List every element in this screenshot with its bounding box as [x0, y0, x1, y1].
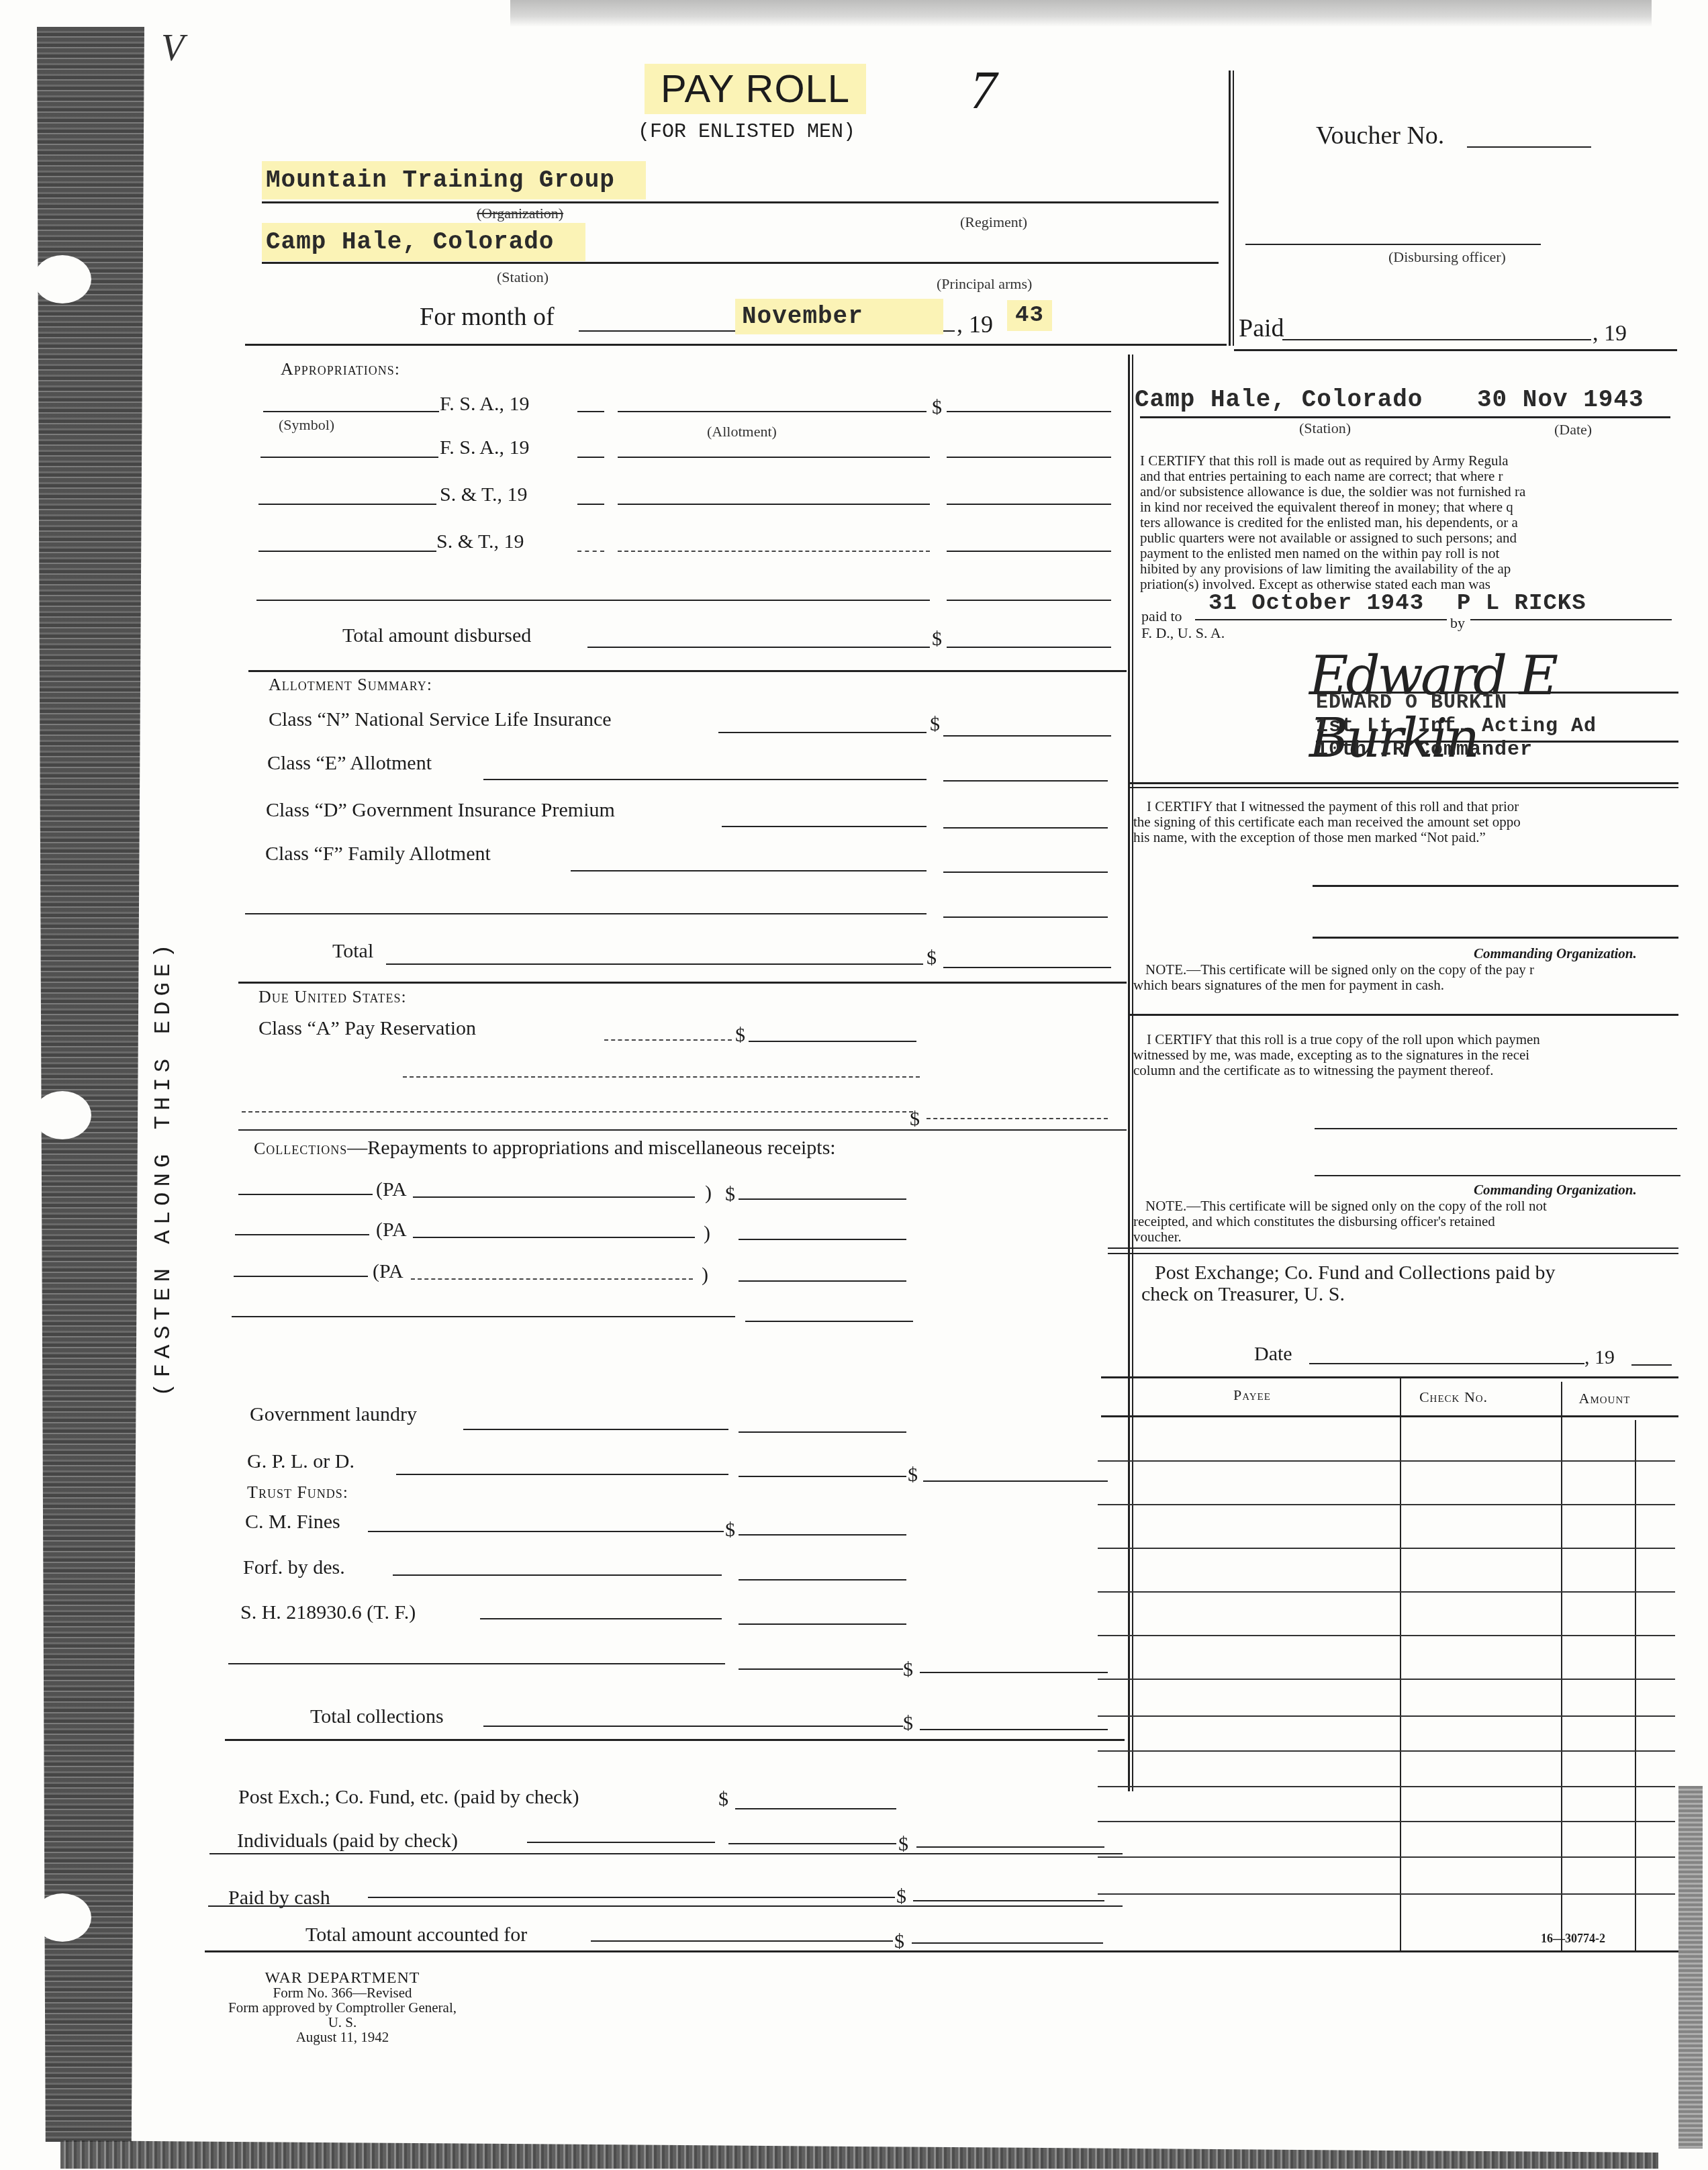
- note-line: NOTE.—This certificate will be signed on…: [1133, 962, 1677, 978]
- check-table-row[interactable]: [1098, 1679, 1675, 1680]
- paid-by-line: [1470, 619, 1672, 620]
- witness-line: I CERTIFY that I witnessed the payment o…: [1133, 799, 1677, 814]
- appropriation-label: S. & T., 19: [440, 483, 528, 506]
- collection-item-label: Forf. by des.: [243, 1556, 345, 1579]
- collection-amount-field[interactable]: [739, 1198, 906, 1200]
- payee-column-header: Payee: [1141, 1386, 1363, 1404]
- fasten-edge-label: (FASTEN ALONG THIS EDGE): [151, 939, 177, 1397]
- allotment-leader: [483, 779, 927, 780]
- cert-date-caption: (Date): [1554, 421, 1592, 438]
- appropriation-amount-field[interactable]: [947, 411, 1111, 412]
- collections-heading-label: Collections: [254, 1139, 347, 1158]
- due-us-extra-line[interactable]: [403, 1076, 920, 1078]
- check-table-row[interactable]: [1098, 1635, 1675, 1636]
- collection-extra-amount[interactable]: [739, 1668, 903, 1670]
- cert-date-field[interactable]: 30 Nov 1943: [1477, 386, 1644, 414]
- cm-fines-amount-field[interactable]: [739, 1534, 906, 1536]
- collection-symbol-field[interactable]: [238, 1194, 373, 1195]
- disbursing-officer-caption: (Disbursing officer): [1388, 248, 1506, 266]
- form-title: PAY ROLL: [645, 64, 866, 114]
- cert-section-divider-inner: [1128, 787, 1678, 788]
- month-field[interactable]: November: [735, 299, 943, 334]
- check-table-row[interactable]: [1098, 1821, 1675, 1822]
- print-code: 16—30774-2: [1541, 1932, 1605, 1946]
- total-accounted-label: Total amount accounted for: [305, 1924, 527, 1946]
- punch-hole: [34, 255, 91, 303]
- check-table-column-divider: [1561, 1382, 1562, 1950]
- principal-arms-caption: (Principal arms): [937, 275, 1032, 293]
- month-label: For month of: [420, 302, 555, 332]
- witness-line: his name, with the exception of those me…: [1133, 830, 1677, 845]
- header-divider: [245, 344, 1227, 346]
- check-table-row[interactable]: [1098, 1591, 1675, 1593]
- collection-leader: [396, 1474, 728, 1475]
- voucher-number-field[interactable]: [1467, 146, 1591, 148]
- check-date-field[interactable]: [1309, 1363, 1584, 1364]
- check-year-field[interactable]: [1631, 1364, 1672, 1366]
- individuals-label: Individuals (paid by check): [237, 1830, 458, 1852]
- dollar-sign: $: [927, 947, 937, 970]
- dollar-sign: $: [725, 1519, 735, 1542]
- signer-rank: 1st Lt. Inf. Acting Ad: [1316, 715, 1597, 738]
- post-exch-label: Post Exch.; Co. Fund, etc. (paid by chec…: [238, 1786, 579, 1809]
- dollar-sign: $: [894, 1930, 904, 1953]
- section-divider: [238, 1129, 1127, 1131]
- appropriation-symbol-field[interactable]: [258, 551, 436, 552]
- cert-line: ters allowance is credited for the enlis…: [1140, 515, 1677, 530]
- appropriation-amount-field[interactable]: [947, 457, 1111, 458]
- dollar-sign: $: [910, 1108, 920, 1131]
- dollar-sign: $: [903, 1712, 913, 1735]
- total-collections-label: Total collections: [310, 1705, 444, 1728]
- appropriation-year-field[interactable]: [577, 411, 604, 412]
- collection-leader: [368, 1531, 724, 1532]
- by-label: by: [1450, 614, 1465, 632]
- true-copy-signature-line-2[interactable]: [1315, 1175, 1680, 1176]
- voucher-divider-inner: [1233, 70, 1234, 346]
- dollar-sign: $: [930, 713, 940, 736]
- paid-to-field[interactable]: 31 October 1943: [1208, 591, 1424, 616]
- appropriation-symbol-field[interactable]: [258, 504, 436, 505]
- witness-signature-line-1[interactable]: [1313, 885, 1678, 887]
- collection-leader: [480, 1618, 722, 1619]
- pa-close: ): [704, 1222, 710, 1245]
- allotment-total-leader: [386, 963, 923, 965]
- check-table-row[interactable]: [1098, 1786, 1675, 1787]
- total-collections-field[interactable]: [920, 1729, 1108, 1730]
- section-divider: [238, 982, 1127, 984]
- dollar-sign: $: [735, 1024, 745, 1047]
- allotment-summary-heading: Allotment Summary:: [269, 675, 432, 695]
- allotment-row-label: Class “F” Family Allotment: [265, 843, 491, 865]
- dollar-sign: $: [725, 1183, 735, 1206]
- due-us-total-field[interactable]: [927, 1118, 1108, 1119]
- collection-extra-line[interactable]: [228, 1663, 725, 1664]
- cert-line: payment to the enlisted men named on the…: [1140, 546, 1677, 561]
- post-exch-amount-field[interactable]: [735, 1808, 896, 1809]
- organization-line: [262, 201, 1219, 203]
- pa-label: (PA: [376, 1219, 407, 1241]
- dollar-sign: $: [898, 1833, 908, 1856]
- collection-item-label: Government laundry: [250, 1403, 417, 1426]
- collection-amount-field[interactable]: [739, 1239, 906, 1240]
- post-exchange-heading-line: check on Treasurer, U. S.: [1141, 1284, 1556, 1305]
- approval-date: August 11, 1942: [222, 2030, 463, 2044]
- voucher-bottom-line: [1234, 349, 1677, 351]
- laundry-amount-field[interactable]: [739, 1431, 906, 1433]
- allotment-subtotal-field[interactable]: [943, 916, 1108, 918]
- organization-caption: (Organization): [477, 205, 563, 222]
- cert-line: and that entries pertaining to each name…: [1140, 469, 1677, 484]
- appropriation-label: F. S. A., 19: [440, 393, 529, 416]
- paid-by-field[interactable]: P L RICKS: [1457, 591, 1586, 616]
- pa-label: (PA: [376, 1178, 407, 1201]
- appropriation-amount-field[interactable]: [947, 504, 1111, 505]
- allotment-caption: (Allotment): [707, 423, 777, 440]
- dollar-sign: $: [932, 628, 942, 651]
- check-table-row[interactable]: [1098, 1504, 1675, 1505]
- witness-signature-line-2[interactable]: [1313, 937, 1678, 939]
- margin-mark: V: [161, 27, 184, 70]
- witness-certificate-text: I CERTIFY that I witnessed the payment o…: [1133, 799, 1677, 845]
- collection-item-label: S. H. 218930.6 (T. F.): [240, 1601, 416, 1624]
- appropriations-heading: Appropriations:: [281, 359, 400, 379]
- appropriation-symbol-field[interactable]: [263, 411, 439, 412]
- cert-station-caption: (Station): [1299, 420, 1351, 437]
- cert-line: in kind nor received the equivalent ther…: [1140, 500, 1677, 515]
- amount-column-header: Amount: [1564, 1390, 1645, 1407]
- section-divider: [248, 670, 1127, 672]
- check-table-row[interactable]: [1098, 1715, 1675, 1717]
- section-divider: [208, 1905, 1123, 1907]
- appropriation-year-field[interactable]: [577, 504, 604, 505]
- check-table-top: [1101, 1376, 1678, 1378]
- symbol-caption: (Symbol): [279, 416, 334, 434]
- true-copy-line: column and the certificate as to witness…: [1133, 1063, 1677, 1078]
- amount-cents-divider: [1635, 1420, 1636, 1950]
- note-line: which bears signatures of the men for pa…: [1133, 978, 1677, 993]
- form-subtitle: (FOR ENLISTED MEN): [638, 121, 855, 144]
- true-copy-signature-line-1[interactable]: [1315, 1128, 1677, 1129]
- collection-subtotal-field[interactable]: [920, 1672, 1108, 1673]
- station-field[interactable]: Camp Hale, Colorado: [262, 223, 585, 261]
- scan-right-edge: [1678, 1786, 1703, 2149]
- handwritten-page-number: 7: [970, 60, 997, 122]
- station-caption: (Station): [497, 269, 549, 286]
- note-line: NOTE.—This certificate will be signed on…: [1133, 1198, 1677, 1214]
- true-copy-line: witnessed by me, was made, excepting as …: [1133, 1047, 1677, 1063]
- allotment-amount-field[interactable]: [943, 871, 1108, 873]
- individuals-amount-field[interactable]: [916, 1846, 1104, 1848]
- appropriation-extra-line[interactable]: [256, 600, 930, 601]
- due-us-subtotal-leader: [242, 1111, 913, 1113]
- approval-line: Form approved by Comptroller General, U.…: [222, 2000, 463, 2030]
- allotment-row-label: Class “D” Government Insurance Premium: [266, 799, 615, 822]
- pa-close: ): [705, 1182, 712, 1205]
- cert-section-divider: [1108, 1247, 1678, 1249]
- appropriation-year-field[interactable]: [577, 457, 604, 458]
- pa-close: ): [702, 1264, 708, 1286]
- year-field[interactable]: 43: [1007, 300, 1052, 331]
- cash-leader: [368, 1897, 895, 1898]
- allotment-amount-field[interactable]: [943, 827, 1108, 829]
- cert-section-divider: [1128, 782, 1678, 784]
- appropriation-allotment-field[interactable]: [618, 411, 927, 412]
- paid-date-field[interactable]: [1282, 339, 1591, 340]
- fd-label: F. D., U. S. A.: [1141, 624, 1225, 642]
- note-line: voucher.: [1133, 1229, 1677, 1245]
- cert-line: public quarters were not available or as…: [1140, 530, 1677, 546]
- appropriation-year-field[interactable]: [577, 551, 604, 552]
- paid-to-line: [1195, 619, 1447, 620]
- allotment-amount-field[interactable]: [943, 780, 1108, 782]
- dollar-sign: $: [718, 1788, 728, 1811]
- collection-item-label: C. M. Fines: [245, 1511, 340, 1534]
- check-date-year: , 19: [1584, 1346, 1615, 1369]
- post-exchange-heading-line: Post Exchange; Co. Fund and Collections …: [1141, 1262, 1556, 1284]
- collections-heading-desc: —Repayments to appropriations and miscel…: [347, 1137, 835, 1159]
- appropriation-label: F. S. A., 19: [440, 436, 529, 459]
- organization-field[interactable]: Mountain Training Group: [262, 161, 646, 199]
- gpl-amount-field[interactable]: [739, 1476, 906, 1477]
- appropriation-symbol-field[interactable]: [260, 457, 438, 458]
- cert-station-line: [1140, 416, 1670, 418]
- form-bottom-line: [205, 1950, 1678, 1952]
- appropriation-allotment-field[interactable]: [618, 457, 930, 458]
- section-divider: [225, 1739, 1125, 1741]
- witness-line: the signing of this certificate each man…: [1133, 814, 1677, 830]
- witness-commanding-caption: Commanding Organization.: [1474, 945, 1637, 962]
- collection-amount-field[interactable]: [739, 1280, 906, 1282]
- collection-extra-line[interactable]: [232, 1316, 735, 1317]
- dollar-sign: $: [896, 1885, 906, 1908]
- section-divider: [209, 1853, 1123, 1854]
- allotment-total-label: Total: [332, 940, 373, 963]
- form-footer: WAR DEPARTMENT Form No. 366—Revised Form…: [222, 1971, 463, 2044]
- center-divider: [1128, 355, 1130, 1791]
- check-table-row[interactable]: [1098, 1460, 1675, 1462]
- gpl-total-field[interactable]: [923, 1480, 1108, 1482]
- check-table-header-bottom: [1101, 1415, 1678, 1417]
- collection-symbol-field[interactable]: [234, 1276, 368, 1277]
- station-line: [262, 262, 1219, 264]
- allotment-total-field[interactable]: [943, 967, 1111, 968]
- true-copy-commanding-caption: Commanding Organization.: [1474, 1182, 1637, 1198]
- total-disbursed-field[interactable]: [947, 647, 1111, 648]
- appropriation-label: S. & T., 19: [436, 530, 524, 553]
- cash-amount-field[interactable]: [913, 1900, 1104, 1901]
- total-disbursed-leader: [587, 647, 930, 648]
- allotment-extra-line[interactable]: [245, 913, 927, 914]
- punch-hole: [34, 1091, 91, 1139]
- total-collections-leader: [483, 1726, 903, 1727]
- signer-name: EDWARD O BURKIN: [1316, 692, 1507, 714]
- cert-line: hibited by any provisions of law limitin…: [1140, 561, 1677, 577]
- collections-heading: Collections—Repayments to appropriations…: [254, 1137, 836, 1160]
- appropriation-amount-field[interactable]: [947, 551, 1111, 552]
- witness-note: NOTE.—This certificate will be signed on…: [1133, 962, 1677, 993]
- check-no-column-header: Check No.: [1403, 1388, 1504, 1406]
- cert-station-field[interactable]: Camp Hale, Colorado: [1135, 386, 1423, 414]
- true-copy-line: I CERTIFY that this roll is a true copy …: [1133, 1032, 1677, 1047]
- note-line: receipted, and which constitutes the dis…: [1133, 1214, 1677, 1229]
- true-copy-certificate-text: I CERTIFY that this roll is a true copy …: [1133, 1032, 1677, 1078]
- collection-pa-field[interactable]: [411, 1278, 693, 1280]
- true-copy-note: NOTE.—This certificate will be signed on…: [1133, 1198, 1677, 1245]
- pay-reservation-amount-field[interactable]: [749, 1041, 916, 1042]
- appropriation-subtotal-field[interactable]: [947, 600, 1111, 601]
- appropriation-allotment-field[interactable]: [618, 551, 930, 552]
- collection-leader: [463, 1429, 728, 1430]
- post-exchange-heading: Post Exchange; Co. Fund and Collections …: [1141, 1262, 1556, 1305]
- individuals-leader: [527, 1842, 715, 1843]
- regiment-caption: (Regiment): [960, 214, 1027, 231]
- allotment-row-label: Class “N” National Service Life Insuranc…: [269, 708, 612, 731]
- sh-amount-field[interactable]: [739, 1623, 906, 1625]
- trust-funds-heading: Trust Funds:: [247, 1482, 348, 1503]
- check-table-row[interactable]: [1098, 1548, 1675, 1549]
- collection-pa-field[interactable]: [413, 1237, 695, 1238]
- dollar-sign: $: [932, 396, 942, 419]
- scan-top-edge: [510, 0, 1652, 27]
- punch-hole: [34, 1893, 91, 1942]
- voucher-divider: [1229, 70, 1231, 346]
- disbursing-officer-field[interactable]: [1245, 244, 1541, 245]
- cert-line: and/or subsistence allowance is due, the…: [1140, 484, 1677, 500]
- total-accounted-field[interactable]: [912, 1942, 1103, 1944]
- check-date-label: Date: [1254, 1343, 1292, 1366]
- voucher-label: Voucher No.: [1316, 121, 1444, 150]
- collection-extra-amount[interactable]: [745, 1321, 913, 1322]
- pay-reservation-leader: [604, 1039, 732, 1041]
- paid-label: Paid: [1239, 314, 1284, 343]
- individuals-mid-field[interactable]: [728, 1843, 896, 1844]
- paid-year: , 19: [1593, 321, 1627, 346]
- scan-bottom-edge: [60, 2128, 1658, 2169]
- certification-text: I CERTIFY that this roll is made out as …: [1140, 453, 1677, 592]
- cert-section-divider-inner: [1108, 1253, 1678, 1254]
- total-disbursed-label: Total amount disbursed: [342, 624, 531, 647]
- allotment-leader: [722, 826, 927, 827]
- pa-label: (PA: [373, 1260, 404, 1283]
- collection-leader: [393, 1574, 722, 1576]
- year-prefix: , 19: [957, 310, 993, 338]
- dollar-sign: $: [903, 1658, 913, 1681]
- total-accounted-leader: [591, 1940, 893, 1942]
- cert-section-divider: [1128, 1014, 1678, 1016]
- allotment-amount-field[interactable]: [943, 735, 1111, 737]
- collection-item-label: G. P. L. or D.: [247, 1450, 354, 1473]
- check-table-row[interactable]: [1098, 1750, 1675, 1752]
- cert-line: priation(s) involved. Except as otherwis…: [1140, 577, 1677, 592]
- paid-to-label: paid to: [1141, 608, 1182, 625]
- forf-amount-field[interactable]: [739, 1579, 906, 1581]
- check-table-row[interactable]: [1098, 1856, 1675, 1858]
- collection-pa-field[interactable]: [413, 1196, 695, 1198]
- check-table-row[interactable]: [1098, 1893, 1675, 1895]
- allotment-leader: [571, 870, 927, 871]
- scan-binding-edge: [37, 27, 144, 2142]
- appropriation-allotment-field[interactable]: [618, 504, 930, 505]
- allotment-row-label: Class “E” Allotment: [267, 752, 432, 775]
- signer-unit: 10th IR Commander: [1316, 739, 1533, 761]
- collection-symbol-field[interactable]: [235, 1234, 369, 1235]
- allotment-leader: [718, 732, 927, 733]
- check-table-column-divider: [1400, 1376, 1401, 1950]
- cert-line: I CERTIFY that this roll is made out as …: [1140, 453, 1677, 469]
- form-number: Form No. 366—Revised: [222, 1985, 463, 2000]
- pay-reservation-label: Class “A” Pay Reservation: [258, 1017, 476, 1040]
- dollar-sign: $: [908, 1464, 918, 1487]
- war-department: WAR DEPARTMENT: [222, 1971, 463, 1985]
- due-us-heading: Due United States:: [258, 987, 407, 1007]
